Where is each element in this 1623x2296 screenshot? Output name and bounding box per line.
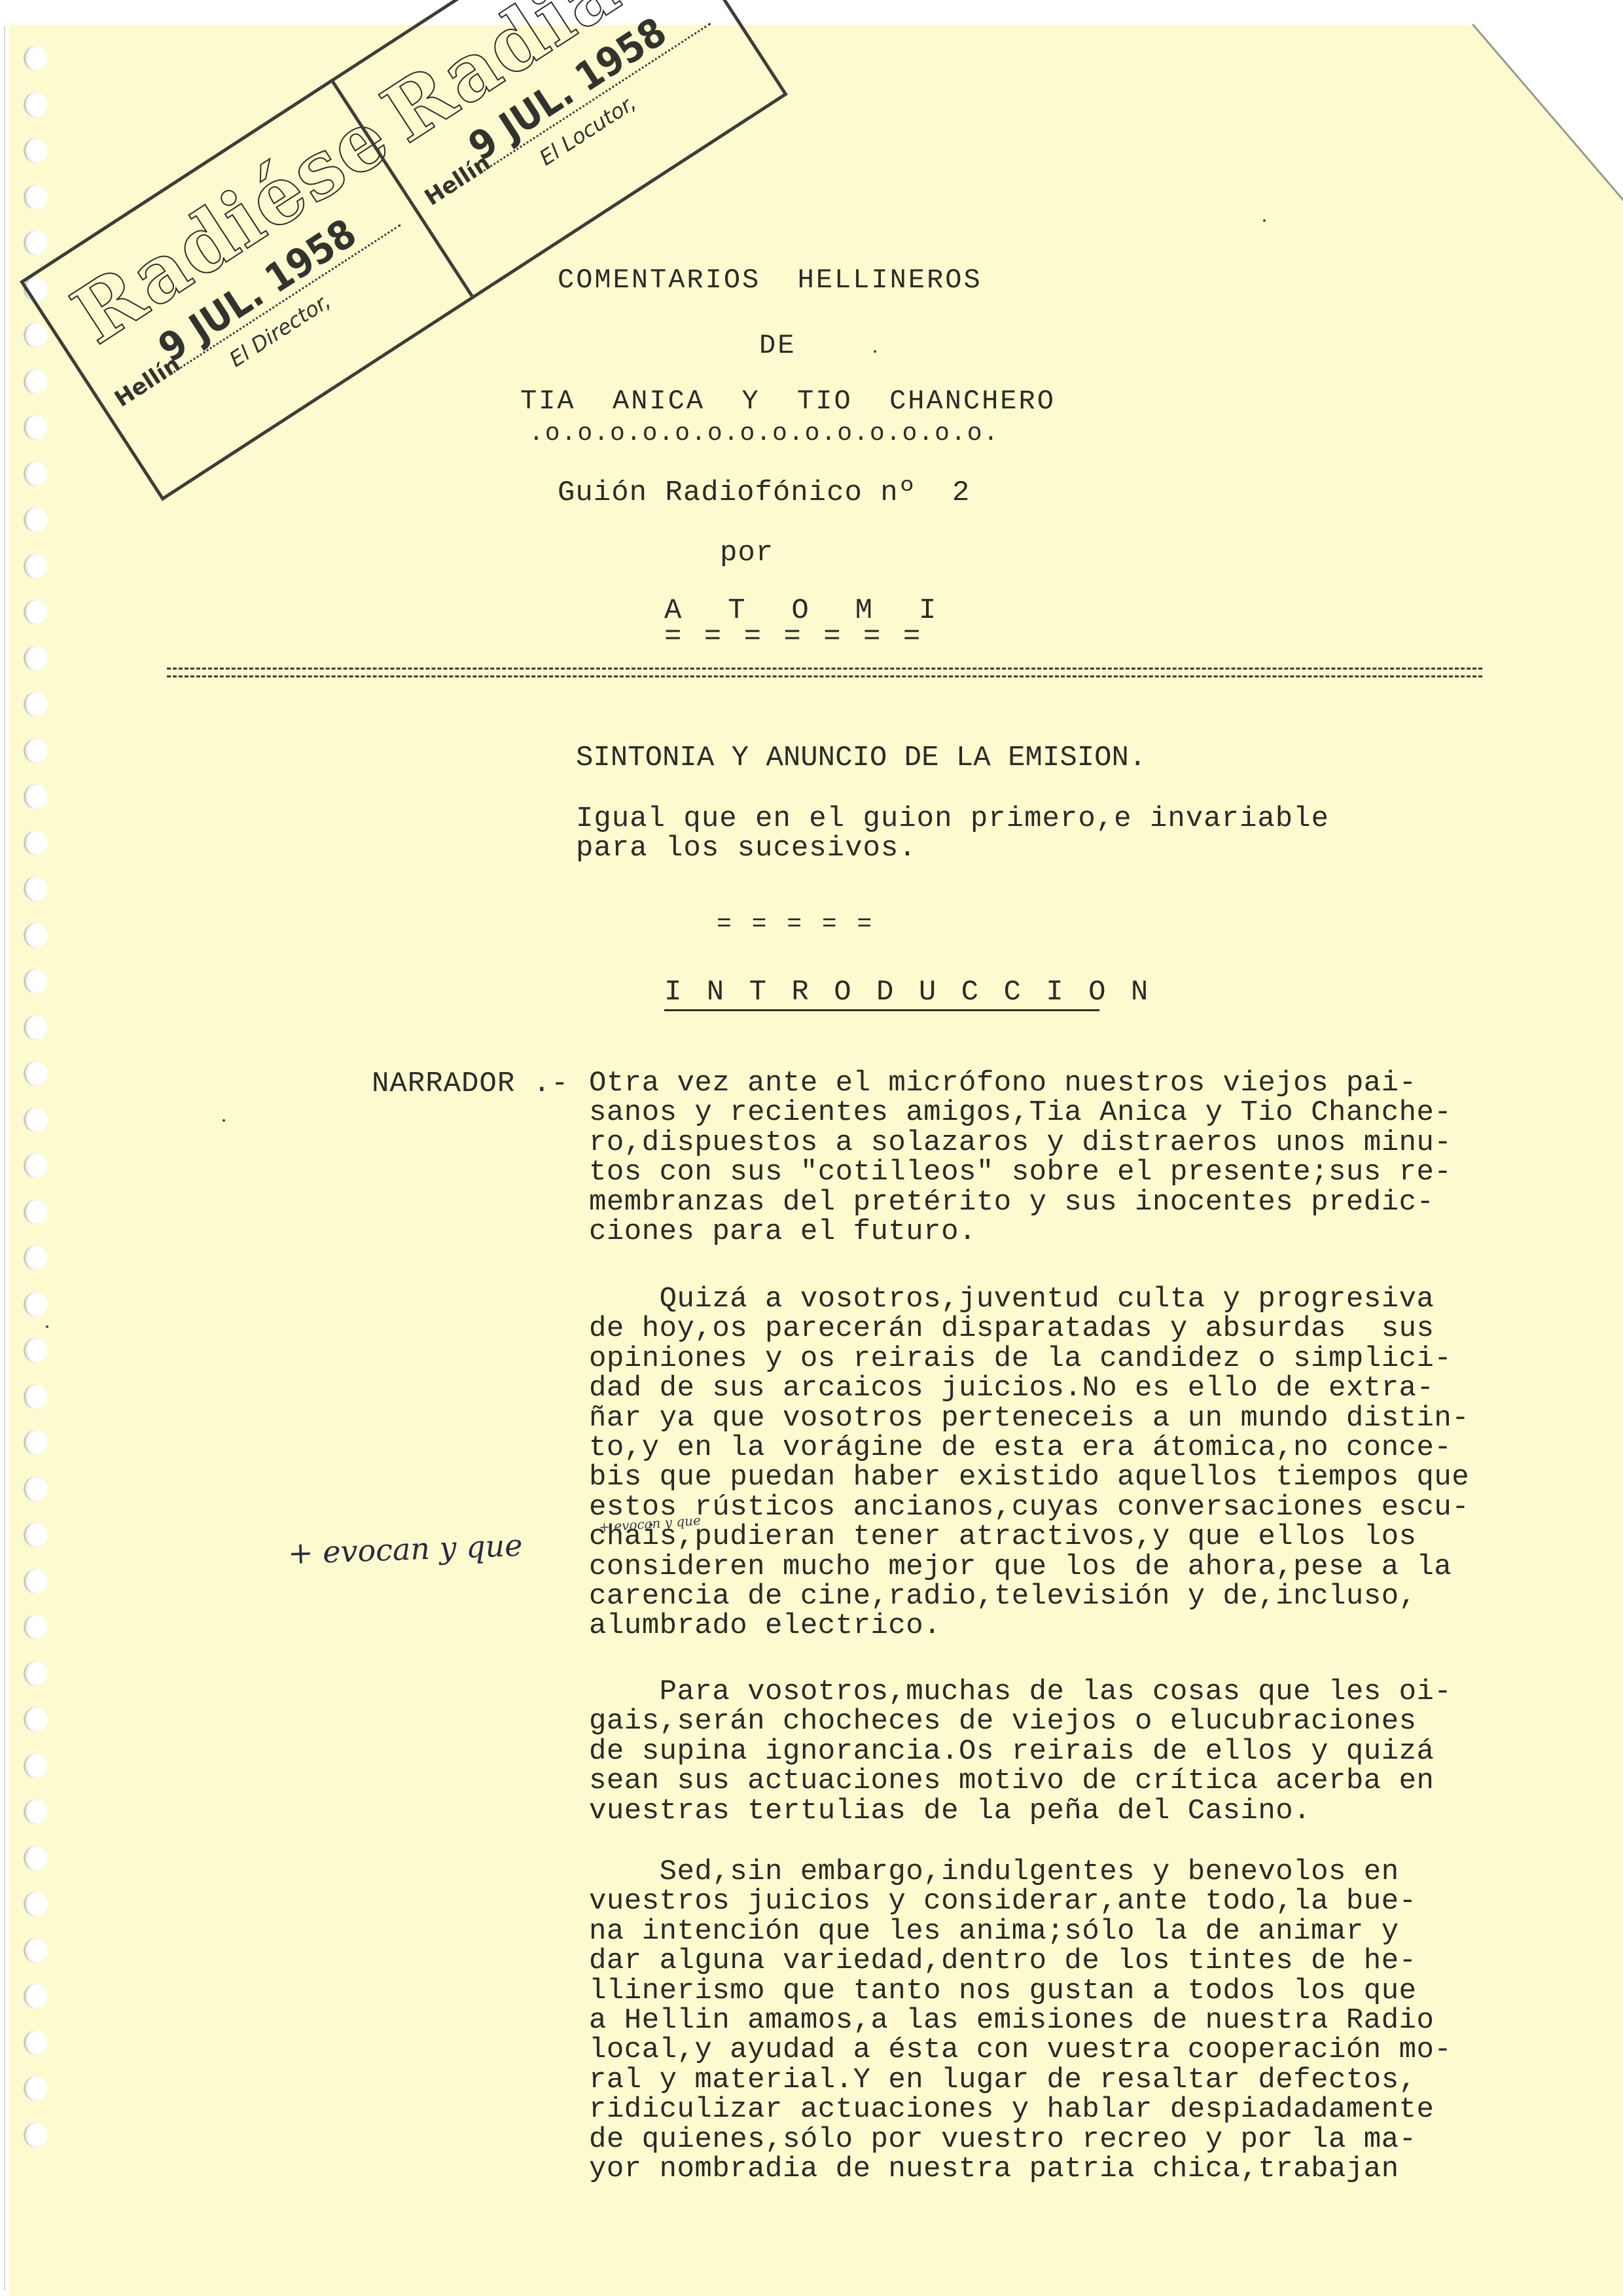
ink-speck xyxy=(1263,219,1266,222)
binder-hole xyxy=(24,1569,48,1594)
paragraph-line: ciones para el futuro. xyxy=(589,1217,1518,1247)
binder-hole xyxy=(24,1615,48,1640)
binder-hole xyxy=(24,2123,48,2147)
binder-hole xyxy=(24,831,48,855)
narration-paragraph: Quizá a vosotros,juventud culta y progre… xyxy=(589,1285,1518,1641)
paragraph-line: ral y material.Y en lugar de resaltar de… xyxy=(589,2066,1518,2095)
binder-hole xyxy=(24,1799,48,1824)
paragraph-line: to,y en la vorágine de esta era átomica,… xyxy=(589,1433,1518,1463)
narration-paragraph: Otra vez ante el micrófono nuestros viej… xyxy=(589,1069,1518,1247)
narration-paragraph: Para vosotros,muchas de las cosas que le… xyxy=(589,1677,1518,1826)
paragraph-line: sean sus actuaciones motivo de crítica a… xyxy=(589,1767,1518,1796)
binder-hole xyxy=(24,1477,48,1501)
binder-hole xyxy=(24,1153,48,1178)
binder-hole xyxy=(24,1292,48,1317)
paragraph-line: dar alguna variedad,dentro de los tintes… xyxy=(589,1946,1518,1976)
binder-hole xyxy=(24,1522,48,1547)
paragraph-line: alumbrado electrico. xyxy=(589,1611,1518,1641)
paragraph-line: carencia de cine,radio,televisión y de,i… xyxy=(589,1582,1518,1611)
paragraph-line: consideren mucho mejor que los de ahora,… xyxy=(589,1552,1518,1582)
section-note-line: para los sucesivos. xyxy=(576,833,917,863)
paragraph-line: na intención que les anima;sólo la de an… xyxy=(589,1917,1518,1946)
ink-speck xyxy=(46,1325,48,1328)
paragraph-line: a Hellin amamos,a las emisiones de nuest… xyxy=(589,2006,1518,2036)
binder-hole xyxy=(24,92,48,117)
binder-hole xyxy=(24,1661,48,1686)
paragraph-line: de hoy,os parecerán disparatadas y absur… xyxy=(589,1314,1518,1344)
paragraph-line: membranzas del pretérito y sus inocentes… xyxy=(589,1188,1518,1217)
binder-hole xyxy=(24,1846,48,1871)
binder-hole xyxy=(24,1707,48,1732)
paragraph-line: Otra vez ante el micrófono nuestros viej… xyxy=(589,1069,1518,1098)
section-heading: SINTONIA Y ANUNCIO DE LA EMISION. xyxy=(576,743,1146,773)
binder-holes xyxy=(24,46,63,2284)
by-label: por xyxy=(720,538,774,568)
left-margin-line xyxy=(4,26,5,2291)
binder-hole xyxy=(24,2076,48,2101)
paragraph-line: Quizá a vosotros,juventud culta y progre… xyxy=(589,1285,1518,1314)
binder-hole xyxy=(24,138,48,163)
binder-hole xyxy=(24,323,48,348)
introduction-underline xyxy=(664,1009,1099,1011)
binder-hole xyxy=(24,1892,48,1916)
binder-hole xyxy=(24,415,48,440)
section-divider: = = = = = xyxy=(717,910,874,940)
binder-hole xyxy=(24,1430,48,1455)
narration-paragraph: Sed,sin embargo,indulgentes y benevolos … xyxy=(589,1857,1518,2184)
binder-hole xyxy=(24,1384,48,1409)
paragraph-line: chais,pudieran tener atractivos,y que el… xyxy=(589,1522,1518,1552)
ink-speck xyxy=(874,350,876,353)
binder-hole xyxy=(24,2030,48,2055)
binder-hole xyxy=(24,1338,48,1363)
paragraph-line: estos rústicos ancianos,cuyas conversaci… xyxy=(589,1493,1518,1522)
paragraph-line: tos con sus "cotilleos" sobre el present… xyxy=(589,1158,1518,1187)
paragraph-line: vuestros juicios y considerar,ante todo,… xyxy=(589,1887,1518,1916)
paragraph-line: gais,serán chocheces de viejos o elucubr… xyxy=(589,1707,1518,1736)
stamp-place: Hellín xyxy=(110,351,185,412)
script-number: Guión Radiofónico nº 2 xyxy=(558,478,970,508)
paragraph-line: ro,dispuestos a solazaros y distraeros u… xyxy=(589,1128,1518,1158)
paragraph-line: Para vosotros,muchas de las cosas que le… xyxy=(589,1677,1518,1707)
binder-hole xyxy=(24,554,48,579)
author-underline: = = = = = = = xyxy=(664,622,923,652)
binder-hole xyxy=(24,692,48,717)
binder-hole xyxy=(24,1984,48,2009)
binder-hole xyxy=(24,507,48,532)
binder-hole xyxy=(24,46,48,71)
section-note-line: Igual que en el guion primero,e invariab… xyxy=(576,804,1329,834)
speaker-label: NARRADOR .- xyxy=(372,1069,569,1099)
paragraph-line: yor nombradia de nuestra patria chica,tr… xyxy=(589,2155,1518,2184)
binder-hole xyxy=(24,461,48,486)
header-separator xyxy=(167,668,1482,677)
series-title: COMENTARIOS HELLINEROS xyxy=(558,265,982,295)
binder-hole xyxy=(24,1061,48,1086)
binder-hole xyxy=(24,1246,48,1270)
paragraph-line: vuestras tertulias de la peña del Casino… xyxy=(589,1797,1518,1826)
binder-hole xyxy=(24,876,48,901)
binder-hole xyxy=(24,784,48,809)
binder-hole xyxy=(24,738,48,763)
title-of: DE xyxy=(759,331,796,361)
paragraph-line: bis que puedan haber existido aquellos t… xyxy=(589,1463,1518,1492)
stamp-place: Hellín xyxy=(420,150,495,211)
binder-hole xyxy=(24,230,48,255)
binder-hole xyxy=(24,369,48,394)
characters-title: TIA ANICA Y TIO CHANCHERO xyxy=(520,386,1056,416)
binder-hole xyxy=(24,185,48,209)
binder-hole xyxy=(24,600,48,624)
paragraph-line: de quienes,sólo por vuestro recreo y por… xyxy=(589,2125,1518,2155)
binder-hole xyxy=(24,923,48,948)
paragraph-line: Sed,sin embargo,indulgentes y benevolos … xyxy=(589,1857,1518,1887)
binder-hole xyxy=(24,1015,48,1040)
paragraph-line: llinerismo que tanto nos gustan a todos … xyxy=(589,1977,1518,2006)
binder-hole xyxy=(24,1753,48,1778)
binder-hole xyxy=(24,969,48,994)
binder-hole xyxy=(24,1938,48,1963)
paragraph-line: ñar ya que vosotros perteneceis a un mun… xyxy=(589,1404,1518,1433)
paragraph-line: dad de sus arcaicos juicios.No es ello d… xyxy=(589,1374,1518,1403)
binder-hole xyxy=(24,1107,48,1132)
paragraph-line: opiniones y os reirais de la candidez o … xyxy=(589,1344,1518,1374)
ink-speck xyxy=(223,1119,225,1122)
introduction-title: I N T R O D U C C I O N xyxy=(664,977,1152,1007)
binder-hole xyxy=(24,1200,48,1225)
title-ornament: .o.o.o.o.o.o.o.o.o.o.o.o.o.o. xyxy=(529,419,999,449)
paragraph-line: sanos y recientes amigos,Tia Anica y Tio… xyxy=(589,1098,1518,1128)
paragraph-line: local,y ayudad a ésta con vuestra cooper… xyxy=(589,2036,1518,2065)
binder-hole xyxy=(24,646,48,671)
paragraph-line: ridiculizar actuaciones y hablar despiad… xyxy=(589,2095,1518,2125)
paragraph-line: de supina ignorancia.Os reirais de ellos… xyxy=(589,1737,1518,1767)
